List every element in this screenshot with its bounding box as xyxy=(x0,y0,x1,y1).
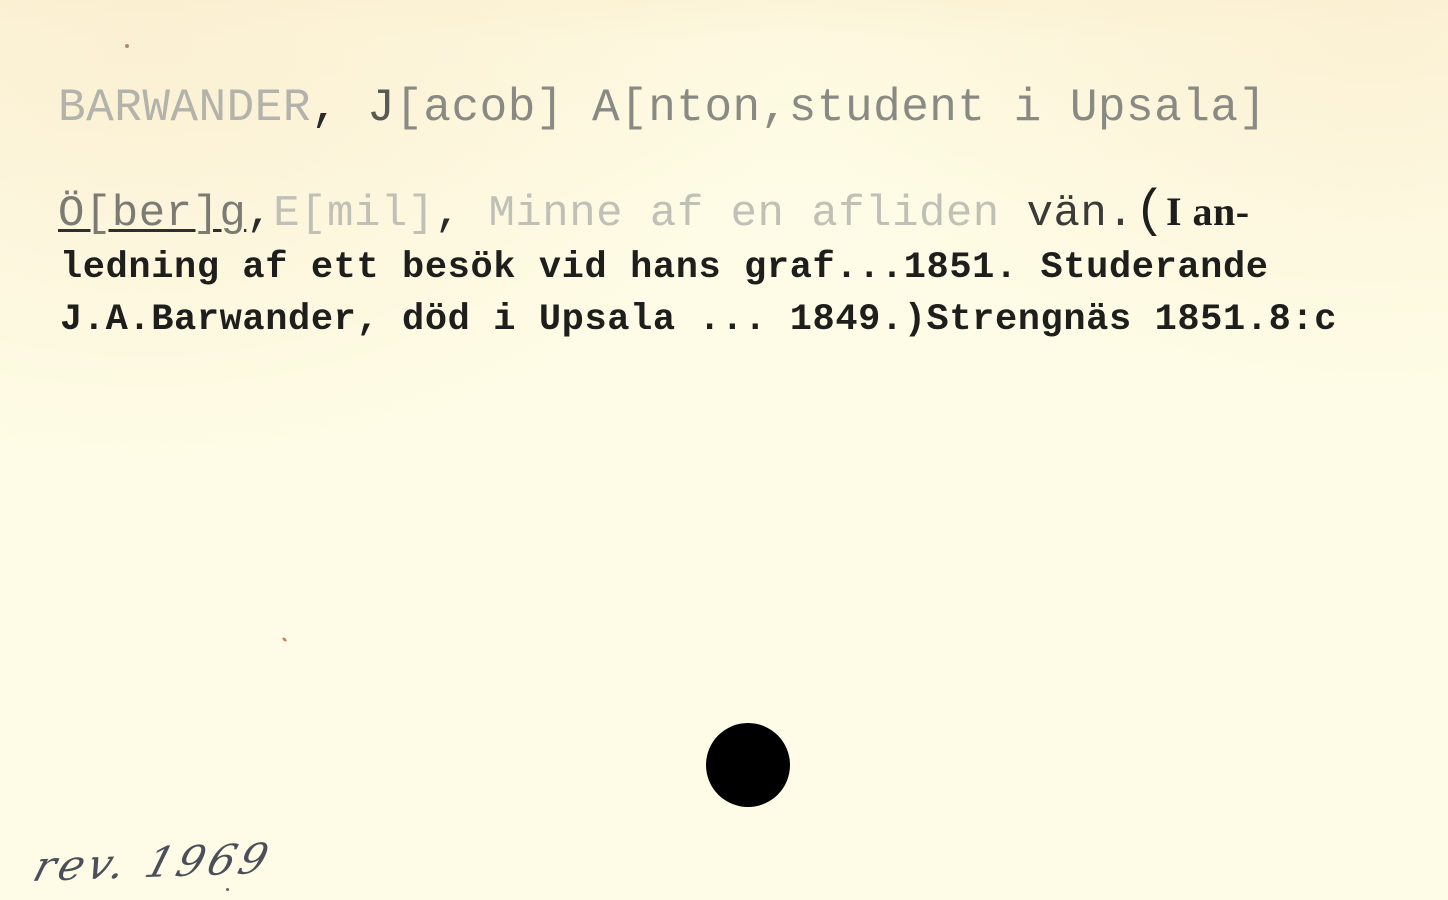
heading-surname: BARWANDER xyxy=(58,82,311,134)
author-separator: , xyxy=(246,189,273,239)
note-paren-open: ( xyxy=(1134,182,1166,241)
handwritten-revision-note: rev. 1969 xyxy=(28,834,278,891)
card-heading: BARWANDER, J[acob] A[nton,student i Upsa… xyxy=(58,78,1267,138)
note-start: I an- xyxy=(1166,189,1250,234)
title-faint: Minne af en afliden xyxy=(489,189,1000,239)
author-surname: Ö[ber]g xyxy=(58,189,246,239)
heading-given-2-rest: [nton, xyxy=(620,82,789,134)
card-title-line: Ö[ber]g,E[mil], Minne af en afliden vän.… xyxy=(58,182,1250,244)
title-dark: vän. xyxy=(1027,189,1135,239)
heading-description: student i Upsala] xyxy=(789,82,1267,134)
catalog-card: BARWANDER, J[acob] A[nton,student i Upsa… xyxy=(0,0,1448,900)
paper-speck xyxy=(282,637,288,643)
paper-speck xyxy=(125,44,129,48)
heading-given-1-rest: [acob] xyxy=(395,82,564,134)
heading-separator: , xyxy=(311,82,339,134)
title-separator: , xyxy=(435,189,462,239)
card-body-line-1: ledning af ett besök vid hans graf...185… xyxy=(60,242,1269,294)
heading-given-1-initial: J xyxy=(367,82,395,134)
punch-hole xyxy=(706,723,790,807)
heading-given-2-initial: A xyxy=(592,82,620,134)
author-given: E[mil] xyxy=(273,189,434,239)
card-body-line-2: J.A.Barwander, död i Upsala ... 1849.)St… xyxy=(60,294,1337,346)
paper-speck xyxy=(226,888,229,891)
